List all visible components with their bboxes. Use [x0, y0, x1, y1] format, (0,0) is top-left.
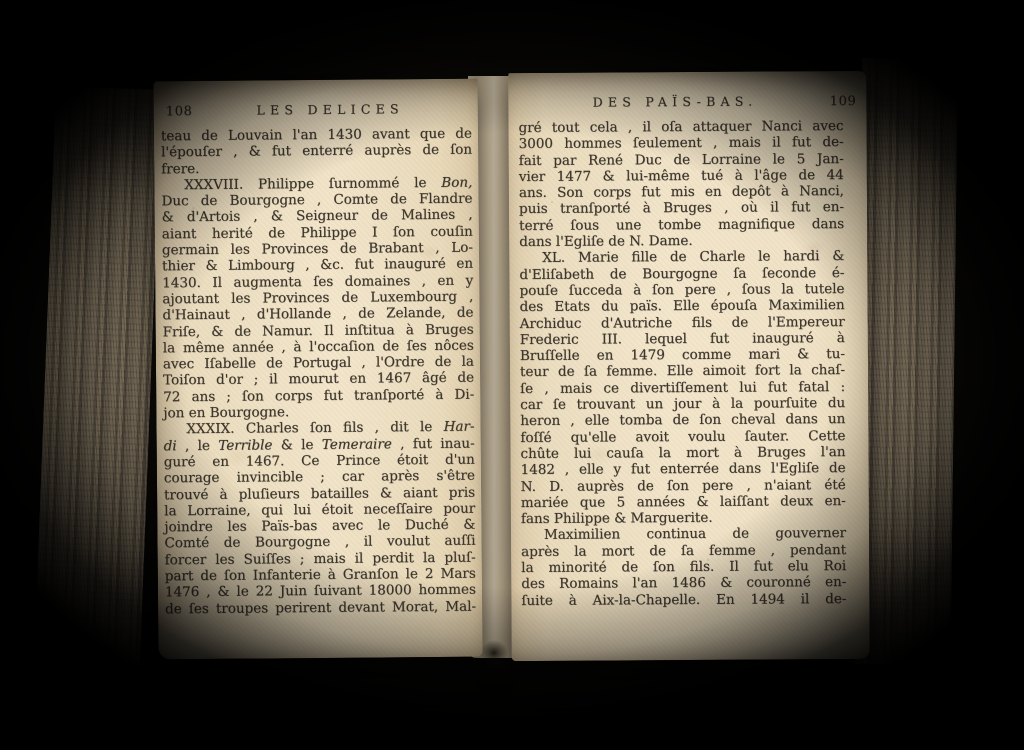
text-line: teur de ſa femme. Elle aimoit fort la ch…: [520, 363, 845, 381]
photo-backdrop: 108 LES DELICES teau de Louvain l'an 143…: [0, 0, 1024, 750]
left-page-header: 108 LES DELICES: [166, 101, 468, 120]
text-run: N. D. auprès de ſon pere , n'aiant été: [521, 477, 846, 495]
text-line: des Romains l'an 1486 & couronné en-: [521, 574, 846, 592]
text-run: dans l'Egliſe de N. Dame.: [519, 233, 693, 250]
text-line: gré tout cela , il oſa attaquer Nanci av…: [518, 118, 843, 136]
text-run: XL. Marie fille de Charle le hardi &: [542, 248, 844, 266]
text-run: , fut inau-: [392, 435, 475, 452]
text-run: di: [164, 438, 177, 454]
text-run: des Etats du païs. Elle épouſa Maximilie…: [520, 297, 845, 315]
text-run: Terrible: [218, 437, 272, 453]
text-line: XL. Marie fille de Charle le hardi &: [519, 248, 844, 266]
text-run: de ſes troupes perirent devant Morat, Ma…: [165, 598, 476, 617]
text-run: 72 ans ; ſon corps fut tranſporté à Di-: [163, 386, 474, 405]
text-run: fans Philippe & Marguerite.: [521, 510, 713, 527]
left-fore-edge: [33, 86, 162, 686]
text-run: teur de ſa femme. Elle aimoit fort la ch…: [520, 363, 845, 381]
text-run: mariée que 5 années & laiſſant deux en-: [521, 493, 846, 511]
text-run: ſuite à Aix-la-Chapelle. En 1494 il de-: [521, 591, 846, 609]
text-line: dans l'Egliſe de N. Dame.: [519, 232, 844, 250]
text-run: pouſe ſucceda à ſon pere , ſous la tutel…: [519, 281, 844, 299]
left-page: 108 LES DELICES teau de Louvain l'an 143…: [153, 79, 482, 660]
text-line: de ſes troupes perirent devant Morat, Ma…: [165, 598, 476, 617]
text-line: Archiduc d'Autriche fils de l'Empereur: [520, 314, 845, 332]
text-run: chûte lui cauſa la mort à Bruges l'an: [520, 444, 845, 462]
right-page: DES PAÏS-BAS. 109 gré tout cela , il oſa…: [508, 71, 870, 661]
text-line: des Etats du païs. Elle épouſa Maximilie…: [520, 297, 845, 315]
text-line: fans Philippe & Marguerite.: [521, 509, 846, 527]
text-line: heron , elle tomba de ſon cheval dans un: [520, 411, 845, 429]
text-line: 3000 hommes ſeulement , mais il fut de-: [519, 134, 844, 152]
right-page-text: gré tout cela , il oſa attaquer Nanci av…: [518, 118, 846, 609]
text-line: fait par René Duc de Lorraine le 5 Jan-: [519, 151, 844, 169]
text-line: Frederic III. lequel fut inauguré à: [520, 330, 845, 348]
text-run: heron , elle tomba de ſon cheval dans un: [520, 411, 845, 429]
text-run: des Romains l'an 1486 & couronné en-: [521, 574, 846, 592]
left-page-number: 108: [166, 104, 193, 119]
text-run: Bruſſelle en 1479 comme mari & tu-: [520, 346, 845, 364]
text-run: Bon,: [441, 175, 472, 191]
text-line: ſe , mais ce divertiſſement lui fut fata…: [520, 379, 845, 397]
text-run: terré ſous une tombe magnifique dans: [519, 216, 844, 234]
text-run: fait par René Duc de Lorraine le 5 Jan-: [519, 151, 844, 169]
text-run: Har-: [444, 419, 475, 435]
text-line: Maximilien continua de gouverner: [521, 525, 846, 543]
right-running-title: DES PAÏS-BAS.: [520, 93, 829, 110]
text-line: 1482 , elle y fut enterrée dans l'Egliſe…: [521, 460, 846, 478]
text-run: ſe , mais ce divertiſſement lui fut fata…: [520, 379, 845, 397]
text-run: 3000 hommes ſeulement , mais il fut de-: [519, 134, 844, 152]
text-run: Frederic III. lequel fut inauguré à: [520, 330, 845, 348]
text-run: d'Eliſabeth de Bourgogne ſa ſeconde é-: [519, 265, 844, 283]
text-run: Temeraire: [322, 436, 392, 453]
left-page-text: teau de Louvain l'an 1430 avant que del'…: [161, 126, 476, 618]
text-run: , le: [177, 438, 219, 454]
text-run: Archiduc d'Autriche fils de l'Empereur: [520, 314, 845, 332]
text-run: & le: [272, 437, 322, 453]
text-line: mariée que 5 années & laiſſant deux en-: [521, 493, 846, 511]
text-run: gré tout cela , il oſa attaquer Nanci av…: [518, 118, 843, 136]
text-run: foſſé qu'elle avoit voulu ſauter. Cette: [520, 428, 845, 446]
right-page-header: DES PAÏS-BAS. 109: [520, 93, 856, 111]
text-run: car ſe trouvant un jour à la pourſuite d…: [520, 395, 845, 413]
text-run: l'épouſer , & fut enterré auprès de ſon: [161, 142, 472, 161]
text-run: frere.: [161, 161, 199, 177]
text-line: l'épouſer , & fut enterré auprès de ſon: [161, 142, 472, 161]
text-run: XXXIX. Charles ſon fils , dit le: [186, 419, 443, 437]
text-line: Bruſſelle en 1479 comme mari & tu-: [520, 346, 845, 364]
left-running-title: LES DELICES: [192, 101, 467, 118]
text-line: car ſe trouvant un jour à la pourſuite d…: [520, 395, 845, 413]
text-line: 72 ans ; ſon corps fut tranſporté à Di-: [163, 386, 474, 405]
text-run: 1482 , elle y fut enterrée dans l'Egliſe…: [521, 460, 846, 478]
text-run: jon en Bourgogne.: [163, 404, 289, 421]
text-line: terré ſous une tombe magnifique dans: [519, 216, 844, 234]
text-run: après la mort de ſa femme , pendant: [521, 542, 846, 560]
text-line: d'Eliſabeth de Bourgogne ſa ſeconde é-: [519, 265, 844, 283]
text-run: XXXVIII. Philippe ſurnommé le: [184, 175, 441, 193]
text-line: foſſé qu'elle avoit voulu ſauter. Cette: [520, 428, 845, 446]
right-fore-edge: [855, 58, 958, 665]
right-page-number: 109: [830, 94, 857, 109]
text-run: puis tranſporté à Bruges , où il fut en-: [519, 200, 844, 218]
text-run: Maximilien continua de gouverner: [544, 525, 846, 543]
text-line: après la mort de ſa femme , pendant: [521, 542, 846, 560]
text-line: puis tranſporté à Bruges , où il fut en-: [519, 200, 844, 218]
text-line: N. D. auprès de ſon pere , n'aiant été: [521, 477, 846, 495]
text-run: vier 1477 & lui-même tué à l'âge de 44: [519, 167, 844, 185]
text-line: ſuite à Aix-la-Chapelle. En 1494 il de-: [521, 591, 846, 609]
